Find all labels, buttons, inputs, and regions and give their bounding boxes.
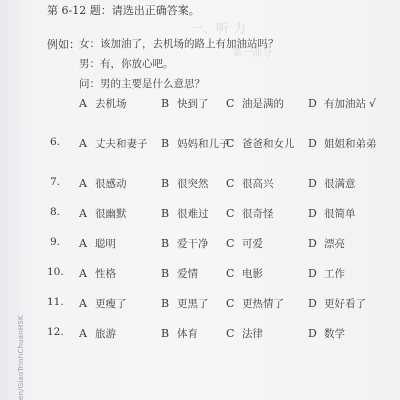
option-d: D漂亮 xyxy=(308,236,345,251)
question-number: 9. xyxy=(50,236,60,248)
option-b: B很难过 xyxy=(161,206,209,221)
option-c: C更热情了 xyxy=(226,296,284,311)
option-a: A更瘦了 xyxy=(79,296,127,311)
question-6: 6. A丈夫和妻子 B妈妈和儿子 C爸爸和女儿 D姐姐和弟弟 xyxy=(0,136,400,152)
scanned-page: 一、听 力 第一部分 第 6-12 题：请选出正确答案。 例如： 女：该加油了，… xyxy=(0,0,400,400)
question-9: 9. A聪明 B爱干净 C可爱 D漂亮 xyxy=(0,236,400,252)
question-number: 12. xyxy=(47,326,64,338)
example-option-a: A去机场 xyxy=(79,96,127,111)
option-b: B很突然 xyxy=(161,176,209,191)
option-c: C可爱 xyxy=(226,236,263,251)
option-d: D工作 xyxy=(308,266,345,281)
checkmark-icon: √ xyxy=(369,97,376,110)
question-number: 10. xyxy=(47,266,64,278)
option-c: C爸爸和女儿 xyxy=(226,136,295,151)
example-line-question: 问：男的主要是什么意思？ xyxy=(79,76,205,91)
question-8: 8. A很幽默 B很难过 C很奇怪 D很简单 xyxy=(0,206,400,222)
example-options: A去机场 B快到了 C油是满的 D有加油站√ xyxy=(0,96,400,112)
option-b: B爱情 xyxy=(161,266,198,281)
option-a: A很感动 xyxy=(79,176,127,191)
option-d: D更好看了 xyxy=(308,296,366,311)
instruction-heading: 第 6-12 题：请选出正确答案。 xyxy=(47,2,200,18)
question-7: 7. A很感动 B很突然 C很高兴 D很满意 xyxy=(0,176,400,192)
option-a: A丈夫和妻子 xyxy=(79,136,148,151)
option-a: A性格 xyxy=(79,266,116,281)
question-12: 12. A旅游 B体育 C法律 D数学 xyxy=(0,326,400,342)
question-number: 11. xyxy=(47,296,64,308)
example-line-woman: 女：该加油了，去机场的路上有加油站吗？ xyxy=(79,36,279,51)
option-d: D很满意 xyxy=(308,176,356,191)
option-a: A聪明 xyxy=(79,236,116,251)
question-11: 11. A更瘦了 B更黑了 C更热情了 D更好看了 xyxy=(0,296,400,312)
option-c: C很高兴 xyxy=(226,176,274,191)
option-a: A旅游 xyxy=(79,326,116,341)
option-c: C很奇怪 xyxy=(226,206,274,221)
option-b: B妈妈和儿子 xyxy=(161,136,230,151)
option-b: B体育 xyxy=(161,326,198,341)
example-option-d: D有加油站√ xyxy=(308,96,376,111)
option-c: C法律 xyxy=(226,326,263,341)
question-10: 10. A性格 B爱情 C电影 D工作 xyxy=(0,266,400,282)
example-option-b: B快到了 xyxy=(161,96,209,111)
option-b: B爱干净 xyxy=(161,236,209,251)
example-label: 例如： xyxy=(47,36,80,52)
watermark: en/GiaoTrinhChuanHSK xyxy=(17,315,25,400)
question-number: 7. xyxy=(50,176,60,188)
option-b: B更黑了 xyxy=(161,296,209,311)
option-a: A很幽默 xyxy=(79,206,127,221)
example-option-c: C油是满的 xyxy=(226,96,284,111)
question-number: 8. xyxy=(50,206,60,218)
example-line-man: 男：有，你放心吧。 xyxy=(79,56,174,71)
bleed-through-title: 一、听 力 xyxy=(190,18,246,37)
option-d: D很简单 xyxy=(308,206,356,221)
option-d: D数学 xyxy=(308,326,345,341)
option-d: D姐姐和弟弟 xyxy=(308,136,377,151)
option-c: C电影 xyxy=(226,266,263,281)
question-number: 6. xyxy=(50,136,60,148)
